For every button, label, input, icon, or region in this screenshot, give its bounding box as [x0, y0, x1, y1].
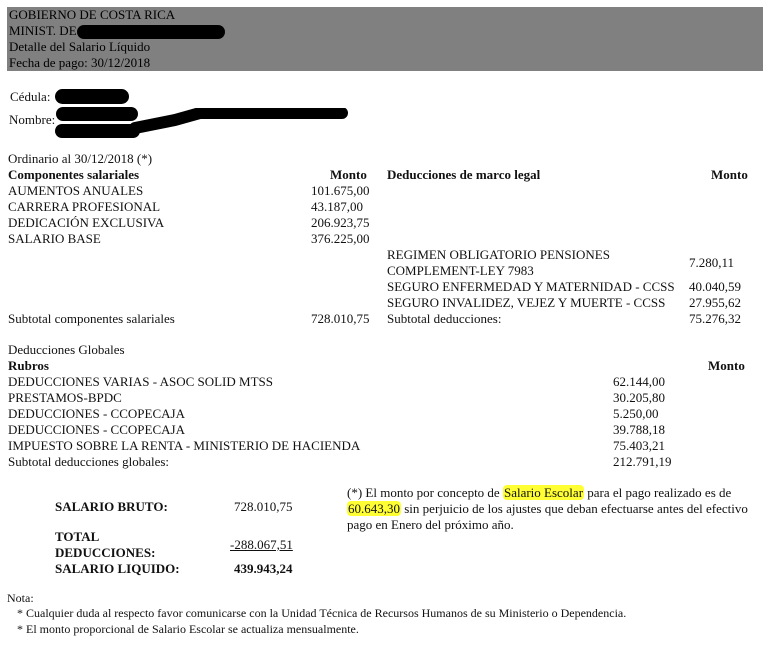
salario-escolar-note-line1: (*) El monto por concepto de Salario Esc…: [347, 485, 731, 501]
nota-item: * El monto proporcional de Salario Escol…: [17, 621, 359, 637]
componentes-subtotal: 728.010,75: [311, 311, 370, 327]
cedula-label: Cédula:: [10, 89, 50, 105]
total-deducciones-value: -288.067,51: [230, 537, 293, 553]
document-header: GOBIERNO DE COSTA RICA MINIST. DE Detall…: [7, 7, 763, 71]
deduccion-global-name: DEDUCCIONES - CCOPECAJA: [8, 406, 185, 422]
redaction-nombre-1: [56, 107, 138, 121]
deduccion-global-amount: 30.205,80: [613, 390, 665, 406]
salario-liquido-value: 439.943,24: [234, 561, 293, 577]
salario-escolar-note-line3: pago en Enero del próximo año.: [347, 517, 514, 533]
globales-monto-header: Monto: [708, 358, 745, 374]
deduccion-legal-amount: 27.955,62: [689, 295, 741, 311]
salario-escolar-note-line2: 60.643,30 sin perjuicio de los ajustes q…: [347, 501, 748, 517]
deducciones-globales-title: Deducciones Globales: [8, 342, 125, 358]
payment-date: Fecha de pago: 30/12/2018: [9, 55, 150, 71]
globales-subtotal-label: Subtotal deducciones globales:: [8, 454, 169, 470]
deduccion-global-name: IMPUESTO SOBRE LA RENTA - MINISTERIO DE …: [8, 438, 360, 454]
total-deducciones-label: TOTAL: [55, 529, 99, 545]
deduccion-global-amount: 5.250,00: [613, 406, 659, 422]
componentes-title: Componentes salariales: [8, 167, 139, 183]
salario-bruto-value: 728.010,75: [234, 499, 293, 515]
salario-liquido-label: SALARIO LIQUIDO:: [55, 561, 180, 577]
redaction-ministry: [77, 25, 225, 39]
deduccion-global-amount: 75.403,21: [613, 438, 665, 454]
componente-amount: 101.675,00: [311, 183, 370, 199]
highlight-salario-escolar-amount: 60.643,30: [347, 501, 401, 516]
deduccion-legal-name: REGIMEN OBLIGATORIO PENSIONES: [387, 247, 610, 263]
ordinario-label: Ordinario al 30/12/2018 (*): [8, 151, 152, 167]
deduccion-legal-name: SEGURO ENFERMEDAD Y MATERNIDAD - CCSS: [387, 279, 675, 295]
deduccion-legal-amount: 7.280,11: [689, 255, 734, 271]
deduccion-global-amount: 39.788,18: [613, 422, 665, 438]
deduccion-global-name: DEDUCCIONES - CCOPECAJA: [8, 422, 185, 438]
globales-subtotal: 212.791,19: [613, 454, 672, 470]
componente-amount: 43.187,00: [311, 199, 363, 215]
deducciones-legal-title: Deducciones de marco legal: [387, 167, 540, 183]
document-title: Detalle del Salario Líquido: [9, 39, 150, 55]
nota-label: Nota:: [7, 590, 34, 606]
componente-name: AUMENTOS ANUALES: [8, 183, 143, 199]
government-name: GOBIERNO DE COSTA RICA: [9, 7, 175, 23]
deduccion-legal-name: SEGURO INVALIDEZ, VEJEZ Y MUERTE - CCSS: [387, 295, 665, 311]
deduccion-legal-amount: 40.040,59: [689, 279, 741, 295]
componente-name: DEDICACIÓN EXCLUSIVA: [8, 215, 164, 231]
redaction-nombre-3: [130, 108, 350, 138]
componentes-monto-header: Monto: [330, 167, 367, 183]
rubros-header: Rubros: [8, 358, 49, 374]
nombre-label: Nombre:: [9, 112, 55, 128]
deduccion-global-amount: 62.144,00: [613, 374, 665, 390]
deducciones-legal-subtotal-label: Subtotal deducciones:: [387, 311, 501, 327]
salario-bruto-label: SALARIO BRUTO:: [55, 499, 168, 515]
componente-amount: 206.923,75: [311, 215, 370, 231]
deducciones-legal-monto-header: Monto: [711, 167, 748, 183]
redaction-nombre-2: [55, 124, 140, 138]
componente-amount: 376.225,00: [311, 231, 370, 247]
ministry-name: MINIST. DE: [9, 23, 77, 39]
highlight-salario-escolar: Salario Escolar: [503, 485, 584, 500]
total-deducciones-label-cont: DEDUCCIONES:: [55, 545, 155, 561]
deduccion-legal-name-cont: COMPLEMENT-LEY 7983: [387, 263, 534, 279]
componentes-subtotal-label: Subtotal componentes salariales: [8, 311, 175, 327]
deduccion-global-name: DEDUCCIONES VARIAS - ASOC SOLID MTSS: [8, 374, 273, 390]
redaction-cedula: [55, 89, 129, 104]
deducciones-legal-subtotal: 75.276,32: [689, 311, 741, 327]
componente-name: CARRERA PROFESIONAL: [8, 199, 160, 215]
deduccion-global-name: PRESTAMOS-BPDC: [8, 390, 122, 406]
nota-item: * Cualquier duda al respecto favor comun…: [17, 605, 626, 621]
componente-name: SALARIO BASE: [8, 231, 101, 247]
